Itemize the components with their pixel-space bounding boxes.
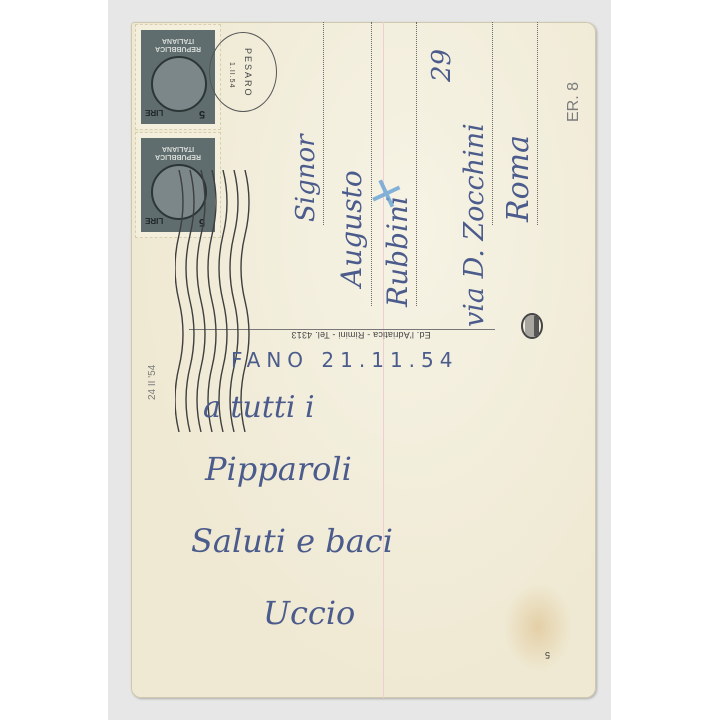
stamp-portrait-icon [151, 56, 207, 112]
publisher-imprint: Ed. l'Adriatica - Rimini - Tel. 4313 [231, 330, 491, 340]
message-line-2: Pipparoli [205, 450, 352, 488]
message-place-date: FANO 21.11.54 [231, 348, 458, 372]
postcard: Ed. l'Adriatica - Rimini - Tel. 4313 REP… [131, 22, 596, 698]
postmark-date: 1.II.54 [228, 62, 235, 88]
address-line-1 [323, 22, 324, 225]
publisher-logo-icon [519, 310, 545, 342]
water-stain [503, 582, 573, 672]
stamp-currency: LIRE [145, 216, 163, 225]
postage-stamp-top: REPUBBLICA ITALIANA 5 LIRE [135, 24, 221, 130]
address-first-name: Augusto [335, 170, 368, 287]
address-salutation: Signor [291, 134, 321, 222]
catalog-code: ER. 8 [565, 82, 583, 122]
address-city: Roma [501, 135, 536, 222]
stamp-value: 5 [199, 108, 205, 120]
message-line-1: a tutti i [203, 390, 315, 425]
message-line-3: Saluti e baci [191, 522, 393, 560]
message-signature: Uccio [263, 594, 355, 632]
stamp-country: REPUBBLICA ITALIANA [141, 36, 215, 52]
address-house-number: 29 [427, 49, 457, 82]
stamp-currency: LIRE [145, 108, 163, 117]
postmark-city: PESARO [243, 48, 253, 98]
page-number: 5 [545, 650, 550, 660]
received-date: 24 II '54 [147, 365, 158, 400]
stamp-country: REPUBBLICA ITALIANA [141, 144, 215, 160]
address-line-3 [416, 22, 417, 306]
address-line-4 [492, 22, 493, 225]
address-line-2 [371, 22, 372, 306]
address-line-5 [537, 22, 538, 225]
address-street: via D. Zocchini [459, 123, 490, 327]
